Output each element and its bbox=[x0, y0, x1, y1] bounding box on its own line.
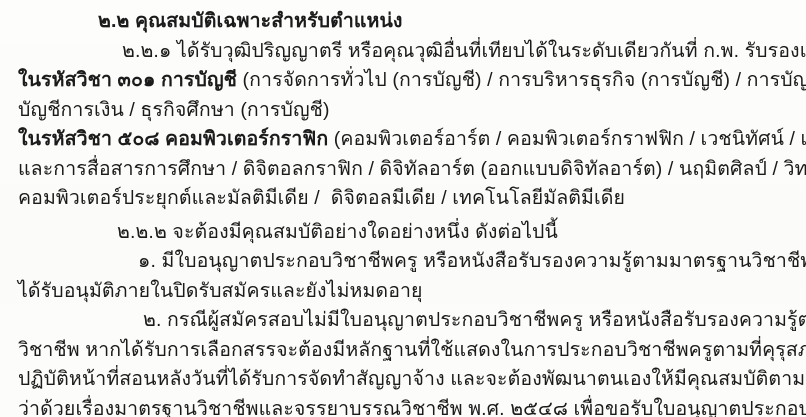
clause-2-2-2-intro: ๒.๒.๒ จะต้องมีคุณสมบัติอย่างใดอย่างหนึ่ง… bbox=[18, 218, 794, 248]
section-heading-2-2: ๒.๒ คุณสมบัติเฉพาะสำหรับตำแหน่ง bbox=[18, 7, 794, 37]
subject-code-508-label: ในรหัสวิชา ๕๐๘ คอมพิวเตอร์กราฟิก bbox=[18, 128, 328, 150]
clause-2-2-2-item2-line2: วิชาชีพ หากได้รับการเลือกสรรจะต้องมีหลัก… bbox=[18, 336, 794, 366]
clause-2-2-2-item2-line3: ปฏิบัติหน้าที่สอนหลังวันที่ได้รับการจัดท… bbox=[18, 365, 794, 395]
subject-301-majors-part2: บัญชีการเงิน / ธุรกิจศึกษา (การบัญชี) bbox=[18, 96, 794, 126]
clause-2-2-2-item1-line1: ๑. มีใบอนุญาตประกอบวิชาชีพครู หรือหนังสื… bbox=[18, 247, 794, 277]
clause-2-2-2-item2-line1: ๒. กรณีผู้สมัครสอบไม่มีใบอนุญาตประกอบวิช… bbox=[18, 306, 794, 336]
subject-code-508-line: ในรหัสวิชา ๕๐๘ คอมพิวเตอร์กราฟิก (คอมพิว… bbox=[18, 125, 794, 155]
subject-508-majors-part2: และการสื่อสารการศึกษา / ดิจิตอลกราฟิก / … bbox=[18, 155, 794, 185]
clause-2-2-2-item1-line2: ได้รับอนุมัติภายในปิดรับสมัครและยังไม่หม… bbox=[18, 277, 794, 307]
scanned-document-page: ๒.๒ คุณสมบัติเฉพาะสำหรับตำแหน่ง ๒.๒.๑ ได… bbox=[0, 0, 806, 417]
subject-508-majors-part3: คอมพิวเตอร์ประยุกต์และมัลติมีเดีย / ดิจิ… bbox=[18, 184, 794, 214]
clause-2-2-1-intro: ๒.๒.๑ ได้รับวุฒิปริญญาตรี หรือคุณวุฒิอื่… bbox=[18, 37, 794, 67]
clause-2-2-2-item2-line4: ว่าด้วยเรื่องมาตรฐานวิชาชีพและจรรยาบรรณว… bbox=[18, 395, 794, 417]
subject-508-majors-part1: (คอมพิวเตอร์อาร์ต / คอมพิวเตอร์กราฟฟิก /… bbox=[328, 128, 806, 150]
subject-code-301-label: ในรหัสวิชา ๓๐๑ การบัญชี bbox=[18, 69, 237, 91]
subject-code-301-line: ในรหัสวิชา ๓๐๑ การบัญชี (การจัดการทั่วไป… bbox=[18, 66, 794, 96]
subject-301-majors-part1: (การจัดการทั่วไป (การบัญชี) / การบริหารธ… bbox=[237, 69, 806, 91]
